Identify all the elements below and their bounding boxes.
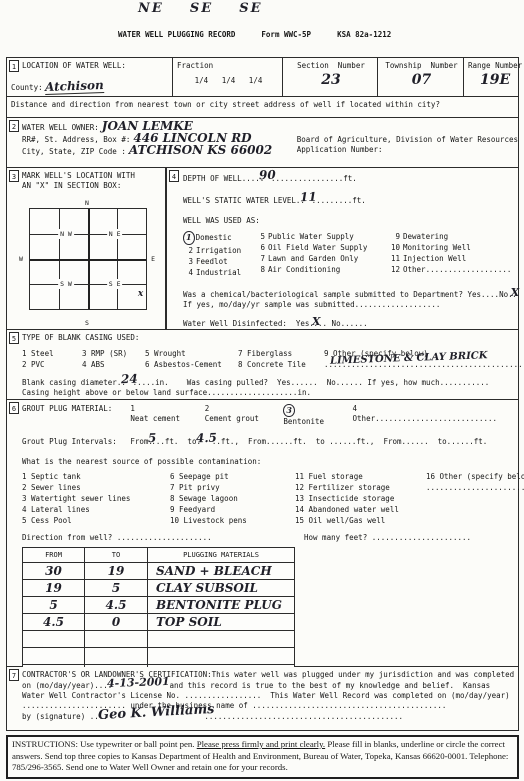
- casing-option-asbestos: 6 Asbestos-Cement: [145, 360, 238, 371]
- county-value-handwritten: Atchison: [44, 78, 103, 95]
- to-value-handwritten: 5: [112, 581, 120, 595]
- contam-sewage-lagoon: 8 Sewage lagoon: [170, 493, 295, 504]
- contamination-col-4: 16 Other (specify below) ...............…: [426, 471, 524, 526]
- water-well-plugging-record-form: NE SE SE WATER WELL PLUGGING RECORD Form…: [0, 0, 524, 781]
- certification-line-2: on (mo/day/year)....4-13-2001 and this r…: [22, 680, 518, 691]
- form-header: WATER WELL PLUGGING RECORD Form WWC-5P K…: [118, 30, 391, 39]
- header-materials: PLUGGING MATERIALS: [148, 548, 295, 563]
- owner-fields: WATER WELL OWNER:JOAN LEMKE RR#, St. Add…: [7, 118, 297, 167]
- address-label: RR#, St. Address, Box #:: [22, 135, 130, 144]
- diameter-value-handwritten: 24: [121, 374, 138, 385]
- table-row: 4.5 0 TOP SOIL: [23, 614, 295, 631]
- grid-line: [30, 284, 146, 285]
- circled-selection-mark: 1: [183, 231, 195, 245]
- county-cell: LOCATION OF WATER WELL: County:Atchison: [7, 58, 173, 96]
- compass-east-label: E: [151, 254, 155, 264]
- material-value-handwritten: TOP SOIL: [156, 615, 222, 629]
- completion-date-handwritten: 4-13-2001: [107, 677, 170, 689]
- township-cell: Township Number 07: [378, 58, 464, 96]
- disinfected-label: Water Well Disinfected: Yes.: [183, 319, 314, 328]
- casing-title: TYPE OF BLANK CASING USED:: [22, 333, 518, 343]
- grout-material-label: GROUT PLUG MATERIAL:: [22, 404, 112, 427]
- from-value-handwritten: 30: [45, 564, 62, 578]
- contamination-col-3: 11 Fuel storage 12 Fertilizer storage 13…: [295, 471, 426, 526]
- diameter-label-trailing: .....in. Was casing pulled? Yes...... No…: [133, 378, 490, 387]
- section-number-label: Section Number: [287, 61, 375, 70]
- grout-intervals-line: Grout Plug Intervals: From.5...ft. to.4.…: [22, 435, 518, 447]
- handwritten-quarter-calls: NE SE SE: [138, 1, 263, 16]
- distance-question-row: Distance and direction from nearest town…: [6, 97, 519, 118]
- section-2-badge: 2: [9, 120, 19, 132]
- distance-question: Distance and direction from nearest town…: [11, 100, 440, 109]
- city-label: City, State, ZIP Code :: [22, 147, 126, 156]
- section-5-badge: 5: [9, 332, 19, 344]
- use-option-industrial: 4Industrial: [183, 267, 255, 278]
- grout-option-other: 4 Other...........................: [353, 404, 500, 427]
- use-option-lawn-garden: 7Lawn and Garden Only: [255, 253, 387, 264]
- certification-line-3: Water Well Contractor's License No. ....…: [22, 691, 518, 701]
- contam-oil-gas-well: 15 Oil well/Gas well: [295, 515, 426, 526]
- section-grid: N S W E N W N E S W S E: [29, 200, 147, 318]
- well-location-x-mark: x: [138, 289, 143, 299]
- header-from: FROM: [23, 548, 85, 563]
- casing-height-line: Casing height above or below land surfac…: [22, 388, 518, 398]
- casing-option-concrete: 8 Concrete Tile: [238, 360, 324, 371]
- statute-reference: KSA 82a-1212: [337, 30, 391, 39]
- section-grid-box: N W N E S W S E x: [29, 208, 147, 310]
- board-of-agriculture-block: Board of Agriculture, Division of Water …: [297, 118, 518, 167]
- board-line-2: Application Number:: [297, 145, 518, 155]
- section-4-well-info: 4 DEPTH OF WELL.....90................ft…: [166, 168, 519, 330]
- contam-abandoned-well: 14 Abandoned water well: [295, 504, 426, 515]
- interval-from-handwritten: 5: [148, 433, 157, 443]
- use-option-public-water: 5Public Water Supply: [255, 231, 387, 242]
- contam-cess-pool: 5 Cess Pool: [22, 515, 170, 526]
- casing-options: 1 Steel 2 PVC 3 RMP (SR) 4 ABS 5 Wrought…: [22, 349, 518, 370]
- section-3-badge: 3: [9, 170, 19, 182]
- from-value-handwritten: 5: [49, 598, 57, 612]
- use-column-3: 9Dewatering 10Monitoring Well 11Injectio…: [387, 231, 518, 278]
- table-row: 5 4.5 BENTONITE PLUG: [23, 597, 295, 614]
- contamination-question: What is the nearest source of possible c…: [22, 457, 518, 466]
- section-7-certification: 7 CONTRACTOR'S OR LANDOWNER'S CERTIFICAT…: [6, 667, 519, 731]
- grout-option-bentonite: 3Bentonite: [283, 404, 334, 427]
- use-option-irrigation: 2Irrigation: [183, 245, 255, 256]
- casing-option-rmp: 3 RMP (SR): [82, 349, 145, 360]
- section-3-mark-location: 3 MARK WELL'S LOCATION WITH AN "X" IN SE…: [6, 168, 166, 330]
- use-option-other: 12Other...................: [387, 264, 518, 275]
- contam-feedyard: 9 Feedyard: [170, 504, 295, 515]
- use-option-oil-field: 6Oil Field Water Supply: [255, 242, 387, 253]
- instructions-box: INSTRUCTIONS: Use typewriter or ball poi…: [6, 735, 519, 779]
- casing-col-3: 5 Wrought 6 Asbestos-Cement: [145, 349, 238, 370]
- signature-handwritten: Geo K. Williams: [98, 705, 215, 721]
- grid-line: [30, 259, 146, 261]
- direction-from-well-label: Direction from well? ...................…: [22, 533, 304, 542]
- static-level-line: WELL'S STATIC WATER LEVEL..11.........ft…: [183, 194, 518, 206]
- disinfected-line: Water Well Disinfected: Yes.X... No.....…: [183, 318, 518, 329]
- use-option-domestic: 1Domestic: [183, 231, 255, 245]
- depth-label: DEPTH OF WELL.....: [183, 174, 264, 183]
- section-number-value-handwritten: 23: [287, 72, 375, 88]
- county-line: County:Atchison: [11, 79, 103, 94]
- contam-lateral-lines: 4 Lateral lines: [22, 504, 170, 515]
- board-line-1: Board of Agriculture, Division of Water …: [297, 135, 518, 145]
- form-body: 1 LOCATION OF WATER WELL: County:Atchiso…: [6, 57, 519, 731]
- grid-label-nw: N W: [58, 229, 74, 239]
- material-value-handwritten: BENTONITE PLUG: [156, 598, 282, 612]
- static-level-label-trailing: .........ft.: [312, 196, 366, 205]
- use-option-air-conditioning: 8Air Conditioning: [255, 264, 387, 275]
- grid-label-ne: N E: [107, 229, 123, 239]
- contam-other: 16 Other (specify below): [426, 471, 524, 482]
- to-value-handwritten: 19: [108, 564, 125, 578]
- contamination-options: 1 Septic tank 2 Sewer lines 3 Watertight…: [22, 471, 518, 526]
- form-title: WATER WELL PLUGGING RECORD: [118, 30, 235, 39]
- section-number-cell: Section Number 23: [283, 58, 378, 96]
- fraction-cell: Fraction 1/4 1/4 1/4: [173, 58, 283, 96]
- used-as-label: WELL WAS USED AS:: [183, 216, 518, 226]
- grid-label-sw: S W: [58, 279, 74, 289]
- section-6-grout: 6 GROUT PLUG MATERIAL: 1 Neat cement 2 C…: [6, 400, 519, 667]
- owner-label: WATER WELL OWNER:: [22, 123, 99, 132]
- use-option-dewatering: 9Dewatering: [387, 231, 518, 242]
- static-level-label: WELL'S STATIC WATER LEVEL..: [183, 196, 305, 205]
- range-cell: Range Number 19E: [464, 58, 524, 96]
- compass-west-label: W: [19, 254, 23, 264]
- range-label: Range Number: [468, 61, 522, 70]
- static-level-value-handwritten: 11: [300, 192, 317, 203]
- contam-fuel-storage: 11 Fuel storage: [295, 471, 426, 482]
- plugging-materials-table: FROM TO PLUGGING MATERIALS 30 19 SAND + …: [22, 547, 295, 682]
- diameter-label: Blank casing diameter..: [22, 378, 126, 387]
- compass-north-label: N: [85, 198, 89, 208]
- depth-line: DEPTH OF WELL.....90................ft.: [183, 172, 518, 184]
- interval-to-handwritten: 4.5: [196, 433, 217, 444]
- contam-sewer-lines: 2 Sewer lines: [22, 482, 170, 493]
- grout-intervals-label: Grout Plug Intervals:: [22, 437, 117, 446]
- depth-value-handwritten: 90: [259, 170, 276, 181]
- casing-option-steel: 1 Steel: [22, 349, 82, 360]
- contam-watertight-sewer: 3 Watertight sewer lines: [22, 493, 170, 504]
- material-value-handwritten: SAND + BLEACH: [156, 564, 272, 578]
- casing-option-abs: 4 ABS: [82, 360, 145, 371]
- certification-line-4: ....................... under the busine…: [22, 701, 518, 711]
- circled-selection-mark: 3: [283, 404, 295, 417]
- use-option-injection: 11Injection Well: [387, 253, 518, 264]
- to-value-handwritten: 4.5: [106, 598, 127, 612]
- range-value-handwritten: 19E: [468, 72, 522, 88]
- fraction-values: 1/4 1/4 1/4: [177, 76, 280, 85]
- signature-line: by (signature) ....Geo K. Williams......…: [22, 711, 518, 722]
- disinfected-label-trailing: ... No......: [314, 319, 368, 328]
- section-5-casing: 5 TYPE OF BLANK CASING USED: 1 Steel 2 P…: [6, 330, 519, 400]
- city-value-handwritten: ATCHISON KS 66002: [129, 143, 272, 157]
- sample-if-yes-line: If yes, mo/day/yr sample was submitted..…: [183, 300, 518, 310]
- how-many-feet-label: How many feet? ......................: [304, 533, 471, 542]
- from-value-handwritten: 4.5: [43, 615, 64, 629]
- location-title: LOCATION OF WATER WELL:: [22, 61, 170, 70]
- mark-location-title-1: MARK WELL'S LOCATION WITH: [22, 171, 165, 181]
- contam-pit-privy: 7 Pit privy: [170, 482, 295, 493]
- section-4-badge: 4: [169, 170, 179, 182]
- instructions-text-underlined: Please press firmly and print clearly.: [197, 739, 325, 749]
- section-6-badge: 6: [9, 402, 19, 414]
- sections-3-4-row: 3 MARK WELL'S LOCATION WITH AN "X" IN SE…: [6, 168, 519, 330]
- to-value-handwritten: 0: [112, 615, 120, 629]
- compass-south-label: S: [85, 318, 89, 328]
- table-row-empty: [23, 631, 295, 648]
- casing-option-fiberglass: 7 Fiberglass: [238, 349, 324, 360]
- city-line: City, State, ZIP Code :ATCHISON KS 66002: [22, 145, 297, 157]
- certification-line-1: CONTRACTOR'S OR LANDOWNER'S CERTIFICATIO…: [22, 670, 518, 680]
- table-header-row: FROM TO PLUGGING MATERIALS: [23, 548, 295, 563]
- form-number: Form WWC-5P: [261, 30, 311, 39]
- county-label: County:: [11, 83, 43, 92]
- use-column-1: 1Domestic 2Irrigation 3Feedlot 4Industri…: [183, 231, 255, 278]
- disinfected-yes-x-mark: X: [312, 317, 321, 327]
- contamination-col-1: 1 Septic tank 2 Sewer lines 3 Watertight…: [22, 471, 170, 526]
- contam-seepage-pit: 6 Seepage pit: [170, 471, 295, 482]
- casing-diameter-line: Blank casing diameter..24.....in. Was ca…: [22, 376, 518, 388]
- contam-other-dotted-line: .......................: [426, 482, 524, 493]
- section-7-badge: 7: [9, 669, 19, 681]
- table-row-empty: [23, 648, 295, 665]
- use-column-2: 5Public Water Supply 6Oil Field Water Su…: [255, 231, 387, 278]
- sample-question-line: Was a chemical/bacteriological sample su…: [183, 289, 518, 300]
- contam-fertilizer-storage: 12 Fertilizer storage: [295, 482, 426, 493]
- sample-question: Was a chemical/bacteriological sample su…: [183, 290, 513, 299]
- instructions-text-pre: INSTRUCTIONS: Use typewriter or ball poi…: [12, 739, 197, 749]
- table-row: 30 19 SAND + BLEACH: [23, 563, 295, 580]
- use-option-feedlot: 3Feedlot: [183, 256, 255, 267]
- sample-no-x-mark: X: [511, 288, 520, 298]
- fraction-label: Fraction: [177, 61, 280, 70]
- casing-col-4: 7 Fiberglass 8 Concrete Tile: [238, 349, 324, 370]
- from-value-handwritten: 19: [45, 581, 62, 595]
- grout-option-cement-grout: 2 Cement grout: [205, 404, 266, 427]
- contam-livestock-pens: 10 Livestock pens: [170, 515, 295, 526]
- contam-insecticide-storage: 13 Insecticide storage: [295, 493, 426, 504]
- section-2-owner: 2 WATER WELL OWNER:JOAN LEMKE RR#, St. A…: [6, 118, 519, 168]
- header-to: TO: [85, 548, 148, 563]
- casing-option-pvc: 2 PVC: [22, 360, 82, 371]
- grid-label-se: S E: [107, 279, 123, 289]
- casing-option-wrought: 5 Wrought: [145, 349, 238, 360]
- direction-distance-line: Direction from well? ...................…: [22, 533, 518, 542]
- township-label: Township Number: [382, 61, 461, 70]
- depth-label-trailing: ................ft.: [271, 174, 357, 183]
- township-value-handwritten: 07: [382, 72, 461, 88]
- casing-col-1: 1 Steel 2 PVC: [22, 349, 82, 370]
- contam-septic-tank: 1 Septic tank: [22, 471, 170, 482]
- grout-option-neat-cement: 1 Neat cement: [130, 404, 186, 427]
- casing-col-5: 9 Other (specify below) ................…: [324, 349, 523, 370]
- use-option-monitoring: 10Monitoring Well: [387, 242, 518, 253]
- table-row: 19 5 CLAY SUBSOIL: [23, 580, 295, 597]
- contamination-col-2: 6 Seepage pit 7 Pit privy 8 Sewage lagoo…: [170, 471, 295, 526]
- material-value-handwritten: CLAY SUBSOIL: [156, 581, 258, 595]
- mark-location-title-2: AN "X" IN SECTION BOX:: [22, 181, 165, 191]
- casing-col-2: 3 RMP (SR) 4 ABS: [82, 349, 145, 370]
- section-1-location: 1 LOCATION OF WATER WELL: County:Atchiso…: [6, 57, 519, 97]
- well-use-options: 1Domestic 2Irrigation 3Feedlot 4Industri…: [183, 231, 518, 278]
- grid-line: [30, 234, 146, 235]
- grout-material-line: GROUT PLUG MATERIAL: 1 Neat cement 2 Cem…: [22, 404, 518, 427]
